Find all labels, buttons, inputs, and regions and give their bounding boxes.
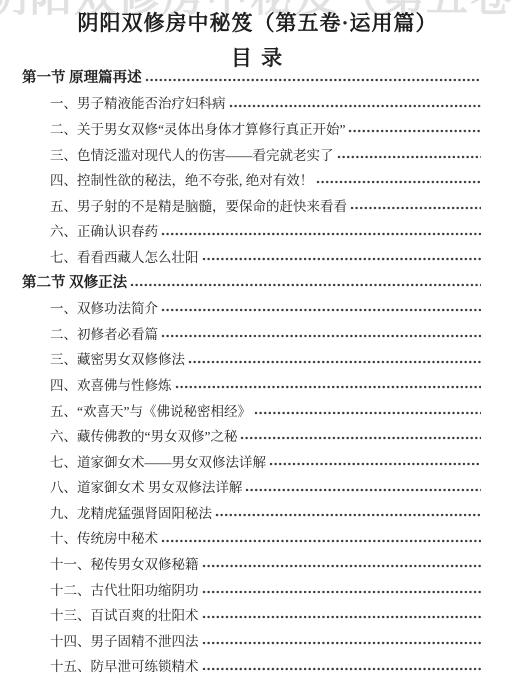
- toc-item: 十五、防早泄可练锁精术: [22, 653, 481, 673]
- toc-item: 八、道家御女术 男女双修法详解: [22, 474, 481, 500]
- dot-leader: [145, 64, 481, 90]
- toc-item-label: 三、色情泛滥对现代人的伤害——看完就老实了: [50, 144, 334, 164]
- toc-item: 六、藏传佛教的“男女双修”之秘: [22, 422, 481, 448]
- toc-section-header-label: 第二节 双修正法: [22, 271, 127, 292]
- toc-section-header: 第一节 原理篇再述: [22, 64, 481, 90]
- dot-leader: [316, 166, 481, 192]
- toc-item: 十三、百试百爽的壮阳术: [22, 601, 481, 627]
- dot-leader: [161, 320, 481, 346]
- toc-item: 一、男子精液能否治疗妇科病: [22, 90, 481, 116]
- toc-list: 第一节 原理篇再述一、男子精液能否治疗妇科病二、关于男女双修“灵体出身体才算修行…: [22, 64, 481, 673]
- toc-item-label: 六、藏传佛教的“男女双修”之秘: [50, 425, 237, 445]
- toc-item-label: 六、正确认识春药: [50, 220, 158, 240]
- dot-leader: [240, 422, 481, 448]
- toc-section-header: 第二节 双修正法: [22, 269, 481, 295]
- toc-item: 五、男子射的不是精是脑髓，要保命的赶快来看看: [22, 192, 481, 218]
- toc-item: 十四、男子固精不泄四法: [22, 627, 481, 653]
- dot-leader: [188, 346, 481, 372]
- toc-item-label: 二、初修者必看篇: [50, 323, 158, 343]
- dot-leader: [350, 192, 481, 218]
- dot-leader: [202, 601, 482, 627]
- dot-leader: [269, 448, 481, 474]
- toc-item-label: 三、藏密男女双修修法: [50, 348, 185, 368]
- dot-leader: [245, 474, 481, 500]
- toc-item-label: 十三、百试百爽的壮阳术: [50, 604, 199, 624]
- toc-item-label: 五、“欢喜天”与《佛说秘密相经》: [50, 400, 251, 420]
- dot-leader: [229, 90, 482, 116]
- dot-leader: [161, 218, 481, 244]
- toc-item: 四、控制性欲的秘法，绝不夸张, 绝对有效！: [22, 166, 481, 192]
- toc-item: 三、藏密男女双修修法: [22, 346, 481, 372]
- toc-item-label: 十一、秘传男女双修秘籍: [50, 553, 199, 573]
- toc-item-label: 十二、古代壮阳功缩阴功: [50, 579, 199, 599]
- dot-leader: [161, 525, 481, 551]
- toc-item: 七、看看西藏人怎么壮阳: [22, 243, 481, 269]
- toc-item: 一、双修功法简介: [22, 294, 481, 320]
- toc-item-label: 一、双修功法简介: [50, 297, 158, 317]
- toc-item-label: 十、传统房中秘术: [50, 527, 158, 547]
- toc-item-label: 十四、男子固精不泄四法: [50, 630, 199, 650]
- dot-leader: [202, 550, 482, 576]
- toc-item-label: 八、道家御女术 男女双修法详解: [50, 476, 242, 496]
- dot-leader: [175, 371, 482, 397]
- toc-item-label: 四、控制性欲的秘法，绝不夸张, 绝对有效！: [50, 169, 313, 189]
- toc-item: 六、正确认识春药: [22, 218, 481, 244]
- toc-item: 十、传统房中秘术: [22, 525, 481, 551]
- toc-item-label: 十五、防早泄可练锁精术: [50, 655, 199, 673]
- toc-item: 三、色情泛滥对现代人的伤害——看完就老实了: [22, 141, 481, 167]
- toc-item: 二、初修者必看篇: [22, 320, 481, 346]
- dot-leader: [202, 243, 482, 269]
- toc-item-label: 九、龙精虎猛强肾固阳秘法: [50, 502, 212, 522]
- dot-leader: [348, 115, 481, 141]
- toc-item: 十一、秘传男女双修秘籍: [22, 550, 481, 576]
- toc-item: 二、关于男女双修“灵体出身体才算修行真正开始”: [22, 115, 481, 141]
- document-page: 阴阳双修房中秘笈（第五卷·运用篇） 阴阳双修房中秘笈（第五卷·运用篇） 目 录 …: [0, 0, 515, 673]
- toc-item-label: 七、看看西藏人怎么壮阳: [50, 246, 199, 266]
- document-title: 阴阳双修房中秘笈（第五卷·运用篇）: [0, 7, 515, 37]
- toc-item: 五、“欢喜天”与《佛说秘密相经》: [22, 397, 481, 423]
- dot-leader: [254, 397, 481, 423]
- dot-leader: [130, 269, 481, 295]
- toc-item: 十二、古代壮阳功缩阴功: [22, 576, 481, 602]
- dot-leader: [161, 294, 481, 320]
- toc-item-label: 一、男子精液能否治疗妇科病: [50, 92, 226, 112]
- toc-section-header-label: 第一节 原理篇再述: [22, 66, 142, 87]
- dot-leader: [202, 576, 482, 602]
- dot-leader: [202, 627, 482, 653]
- toc-item-label: 二、关于男女双修“灵体出身体才算修行真正开始”: [50, 118, 345, 138]
- toc-item-label: 七、道家御女术——男女双修法详解: [50, 451, 266, 471]
- toc-item-label: 五、男子射的不是精是脑髓，要保命的赶快来看看: [50, 195, 347, 215]
- toc-item-label: 四、欢喜佛与性修炼: [50, 374, 172, 394]
- toc-item: 七、道家御女术——男女双修法详解: [22, 448, 481, 474]
- toc-item: 九、龙精虎猛强肾固阳秘法: [22, 499, 481, 525]
- dot-leader: [202, 653, 482, 673]
- dot-leader: [337, 141, 482, 167]
- toc-item: 四、欢喜佛与性修炼: [22, 371, 481, 397]
- dot-leader: [215, 499, 481, 525]
